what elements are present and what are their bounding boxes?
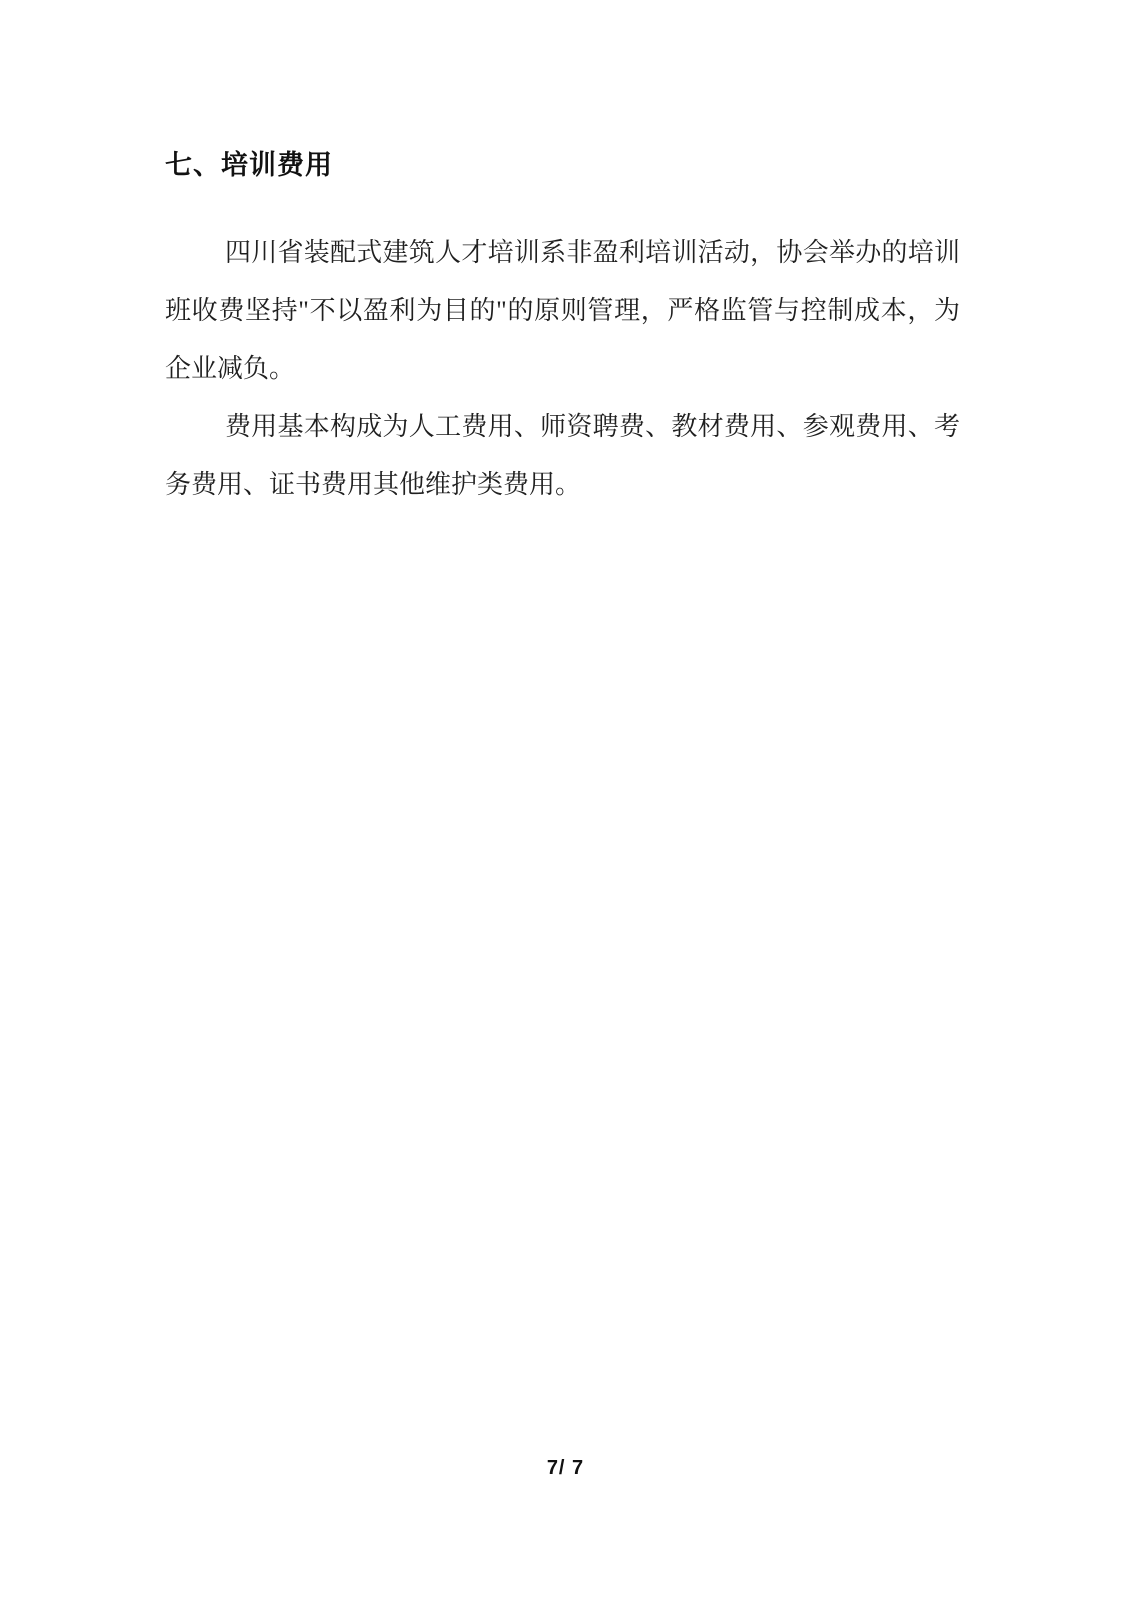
paragraph: 费用基本构成为人工费用、师资聘费、教材费用、参观费用、考 务费用、证书费用其他维… <box>165 398 960 514</box>
paragraph-line: 务费用、证书费用其他维护类费用。 <box>165 456 960 514</box>
page-number: 7/ 7 <box>547 1457 584 1479</box>
paragraph-line: 费用基本构成为人工费用、师资聘费、教材费用、参观费用、考 <box>165 398 960 456</box>
paragraph-line: 企业减负。 <box>165 340 960 398</box>
paragraph-line: 班收费坚持"不以盈利为目的"的原则管理，严格监管与控制成本，为 <box>165 282 960 340</box>
page-footer: 7/ 7 <box>0 1455 1131 1481</box>
paragraph: 四川省装配式建筑人才培训系非盈利培训活动，协会举办的培训 班收费坚持"不以盈利为… <box>165 224 960 398</box>
document-page: 七、培训费用 四川省装配式建筑人才培训系非盈利培训活动，协会举办的培训 班收费坚… <box>0 0 1131 1600</box>
document-content: 七、培训费用 四川省装配式建筑人才培训系非盈利培训活动，协会举办的培训 班收费坚… <box>165 148 960 514</box>
paragraph-line: 四川省装配式建筑人才培训系非盈利培训活动，协会举办的培训 <box>165 224 960 282</box>
section-heading: 七、培训费用 <box>165 148 960 182</box>
body-text: 四川省装配式建筑人才培训系非盈利培训活动，协会举办的培训 班收费坚持"不以盈利为… <box>165 224 960 514</box>
